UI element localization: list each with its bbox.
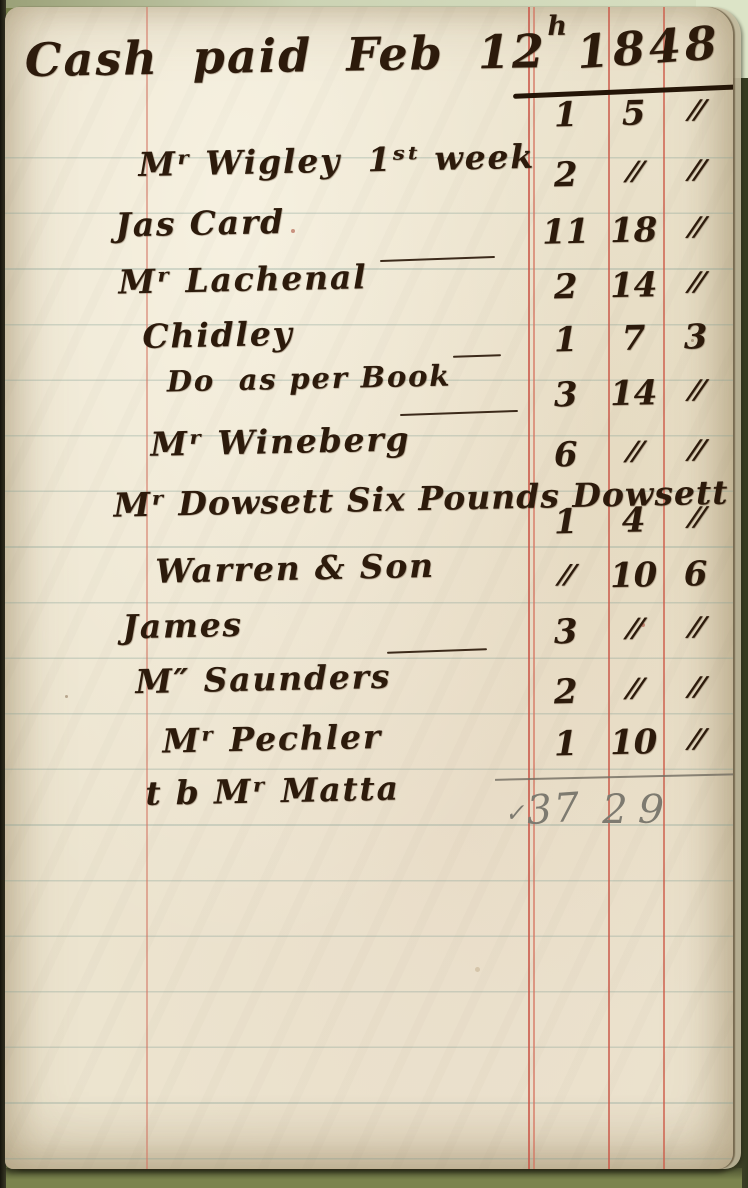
amount-pounds: 3 (532, 374, 599, 415)
amount-pence: // (660, 212, 732, 244)
amount-shillings: 7 (600, 318, 667, 359)
amount-pounds: 6 (532, 434, 599, 475)
amount-pence: // (660, 435, 732, 467)
amount-pence: // (660, 612, 732, 644)
foxing-speck (475, 967, 480, 972)
header-year: 1848 (575, 15, 722, 79)
amount-pence: // (660, 724, 732, 756)
amount-pounds: 1 (532, 319, 599, 360)
amount-shillings: 5 (600, 93, 667, 134)
amount-pounds: // (530, 559, 602, 591)
amount-pence: 3 (662, 317, 729, 358)
amount-pence: 6 (662, 554, 729, 595)
amount-shillings: 10 (600, 722, 667, 763)
total-check-mark: ✓ (504, 798, 528, 827)
amount-shillings: 10 (600, 555, 667, 596)
amount-shillings: // (598, 613, 670, 645)
amount-pounds: 2 (532, 671, 599, 712)
header-superscript: h (547, 10, 569, 41)
amount-pounds: 1 (532, 501, 599, 542)
total-pounds: ✓37 (501, 784, 584, 835)
ledger-photo: Cash paid Feb 12h 1848 Mʳ Wigley 1ˢᵗ wee… (0, 0, 748, 1188)
total-pounds-value: 37 (525, 784, 583, 834)
amount-pence: // (660, 267, 732, 299)
amount-shillings: 4 (600, 500, 667, 541)
amount-shillings: // (598, 156, 670, 188)
amount-shillings: 14 (600, 265, 667, 306)
amount-pounds: 11 (532, 211, 599, 252)
amount-shillings: 18 (600, 210, 667, 251)
amount-pounds: 1 (532, 723, 599, 764)
amount-pence: // (660, 502, 732, 534)
amount-pounds: 1 (532, 94, 599, 135)
amount-pounds: 2 (532, 266, 599, 307)
ledger-page: Cash paid Feb 12h 1848 Mʳ Wigley 1ˢᵗ wee… (5, 7, 733, 1169)
header-title: Cash paid Feb 12 (24, 24, 546, 87)
amount-pounds: 2 (532, 154, 599, 195)
amount-pounds: 3 (532, 611, 599, 652)
amount-pence: // (660, 95, 732, 127)
amount-pence: // (660, 375, 732, 407)
total-pence: 9 (628, 786, 676, 834)
amount-shillings: 14 (600, 373, 667, 414)
amount-pence: // (660, 155, 732, 187)
mat-bottom-strip (0, 1168, 742, 1188)
amount-shillings: // (598, 436, 670, 468)
total-row: ✓37 2 9 (5, 787, 733, 857)
amount-shillings: // (598, 673, 670, 705)
amount-pence: // (660, 672, 732, 704)
